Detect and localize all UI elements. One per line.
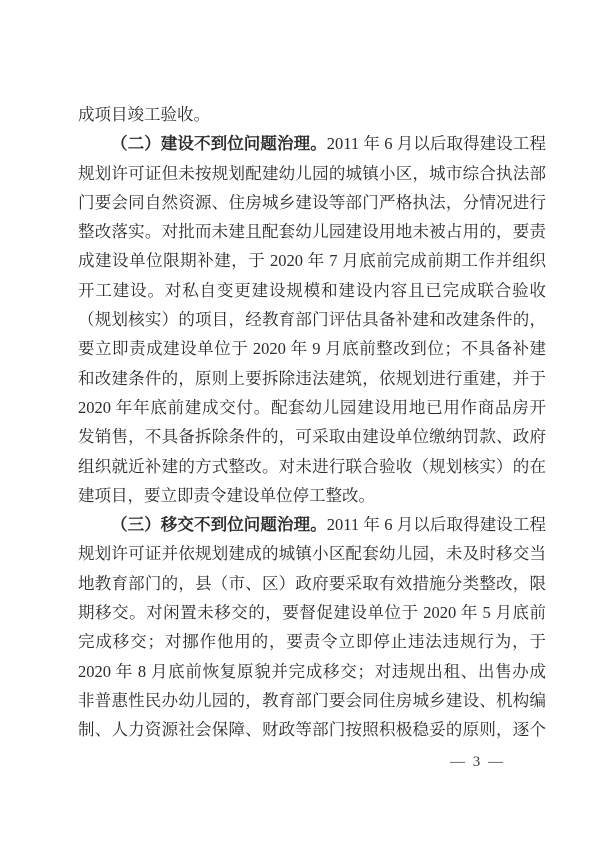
body-text: 非普惠性民办幼儿园的，教育部门要会同住房城乡建设、机构编 — [78, 691, 546, 710]
body-text: （规划核实）的项目，经教育部门评估具备补建和改建条件的， — [78, 310, 546, 329]
body-text: 2020 年年底前建成交付。配套幼儿园建设用地已用作商品房开 — [78, 398, 546, 417]
body-text: 成项目竣工验收。 — [78, 105, 210, 124]
text-line: 建项目，要立即责令建设单位停工整改。 — [78, 481, 546, 510]
text-line: 整改落实。对批而未建且配套幼儿园建设用地未被占用的，要责 — [78, 217, 546, 246]
text-line: 成建设单位限期补建，于 2020 年 7 月底前完成前期工作并组织 — [78, 246, 546, 275]
body-text: 门要会同自然资源、住房城乡建设等部门严格执法，分情况进行 — [78, 193, 546, 212]
body-text: 2020 年 8 月底前恢复原貌并完成移交；对违规出租、出售办成 — [78, 662, 546, 681]
text-line: 开工建设。对私自变更建设规模和建设内容且已完成联合验收 — [78, 276, 546, 305]
text-line: 规划许可证但未按规划配建幼儿园的城镇小区，城市综合执法部 — [78, 159, 546, 188]
body-text: 成建设单位限期补建，于 2020 年 7 月底前完成前期工作并组织 — [78, 251, 546, 270]
text-line: 制、人力资源社会保障、财政等部门按照积极稳妥的原则，逐个 — [78, 715, 546, 744]
text-line: （三）移交不到位问题治理。2011 年 6 月以后取得建设工程 — [78, 510, 546, 539]
text-line: （规划核实）的项目，经教育部门评估具备补建和改建条件的， — [78, 305, 546, 334]
text-line: 期移交。对闲置未移交的，要督促建设单位于 2020 年 5 月底前 — [78, 598, 546, 627]
body-text: 开工建设。对私自变更建设规模和建设内容且已完成联合验收 — [78, 281, 546, 300]
body-text: 2011 年 6 月以后取得建设工程 — [327, 515, 546, 534]
body-text: 完成移交；对挪作他用的，要责令立即停止违法违规行为，于 — [78, 632, 546, 651]
text-line: 完成移交；对挪作他用的，要责令立即停止违法违规行为，于 — [78, 627, 546, 656]
section-heading-text: （二）建设不到位问题治理。 — [111, 134, 327, 153]
section-heading-text: （三）移交不到位问题治理。 — [111, 515, 327, 534]
text-line: （二）建设不到位问题治理。2011 年 6 月以后取得建设工程 — [78, 129, 546, 158]
text-line: 2020 年 8 月底前恢复原貌并完成移交；对违规出租、出售办成 — [78, 657, 546, 686]
body-text: 整改落实。对批而未建且配套幼儿园建设用地未被占用的，要责 — [78, 222, 546, 241]
text-line: 组织就近补建的方式整改。对未进行联合验收（规划核实）的在 — [78, 452, 546, 481]
body-text: 要立即责成建设单位于 2020 年 9 月底前整改到位；不具备补建 — [78, 339, 546, 358]
text-line: 和改建条件的，原则上要拆除违法建筑，依规划进行重建，并于 — [78, 364, 546, 393]
text-line: 发销售，不具备拆除条件的，可采取由建设单位缴纳罚款、政府 — [78, 422, 546, 451]
body-text: 规划许可证但未按规划配建幼儿园的城镇小区，城市综合执法部 — [78, 164, 546, 183]
body-text: 2011 年 6 月以后取得建设工程 — [327, 134, 546, 153]
document-body: 成项目竣工验收。（二）建设不到位问题治理。2011 年 6 月以后取得建设工程规… — [78, 100, 546, 745]
text-line: 门要会同自然资源、住房城乡建设等部门严格执法，分情况进行 — [78, 188, 546, 217]
body-text: 和改建条件的，原则上要拆除违法建筑，依规划进行重建，并于 — [78, 369, 546, 388]
text-line: 成项目竣工验收。 — [78, 100, 546, 129]
text-line: 2020 年年底前建成交付。配套幼儿园建设用地已用作商品房开 — [78, 393, 546, 422]
text-line: 地教育部门的，县（市、区）政府要采取有效措施分类整改，限 — [78, 569, 546, 598]
body-text: 制、人力资源社会保障、财政等部门按照积极稳妥的原则，逐个 — [78, 720, 546, 739]
body-text: 期移交。对闲置未移交的，要督促建设单位于 2020 年 5 月底前 — [78, 603, 546, 622]
page-number: — 3 — — [450, 752, 505, 772]
body-text: 建项目，要立即责令建设单位停工整改。 — [78, 486, 375, 505]
body-text: 地教育部门的，县（市、区）政府要采取有效措施分类整改，限 — [78, 574, 546, 593]
body-text: 发销售，不具备拆除条件的，可采取由建设单位缴纳罚款、政府 — [78, 427, 546, 446]
body-text: 组织就近补建的方式整改。对未进行联合验收（规划核实）的在 — [78, 457, 546, 476]
text-line: 规划许可证并依规划建成的城镇小区配套幼儿园，未及时移交当 — [78, 539, 546, 568]
body-text: 规划许可证并依规划建成的城镇小区配套幼儿园，未及时移交当 — [78, 544, 546, 563]
text-line: 非普惠性民办幼儿园的，教育部门要会同住房城乡建设、机构编 — [78, 686, 546, 715]
text-line: 要立即责成建设单位于 2020 年 9 月底前整改到位；不具备补建 — [78, 334, 546, 363]
document-page: 成项目竣工验收。（二）建设不到位问题治理。2011 年 6 月以后取得建设工程规… — [0, 0, 600, 848]
